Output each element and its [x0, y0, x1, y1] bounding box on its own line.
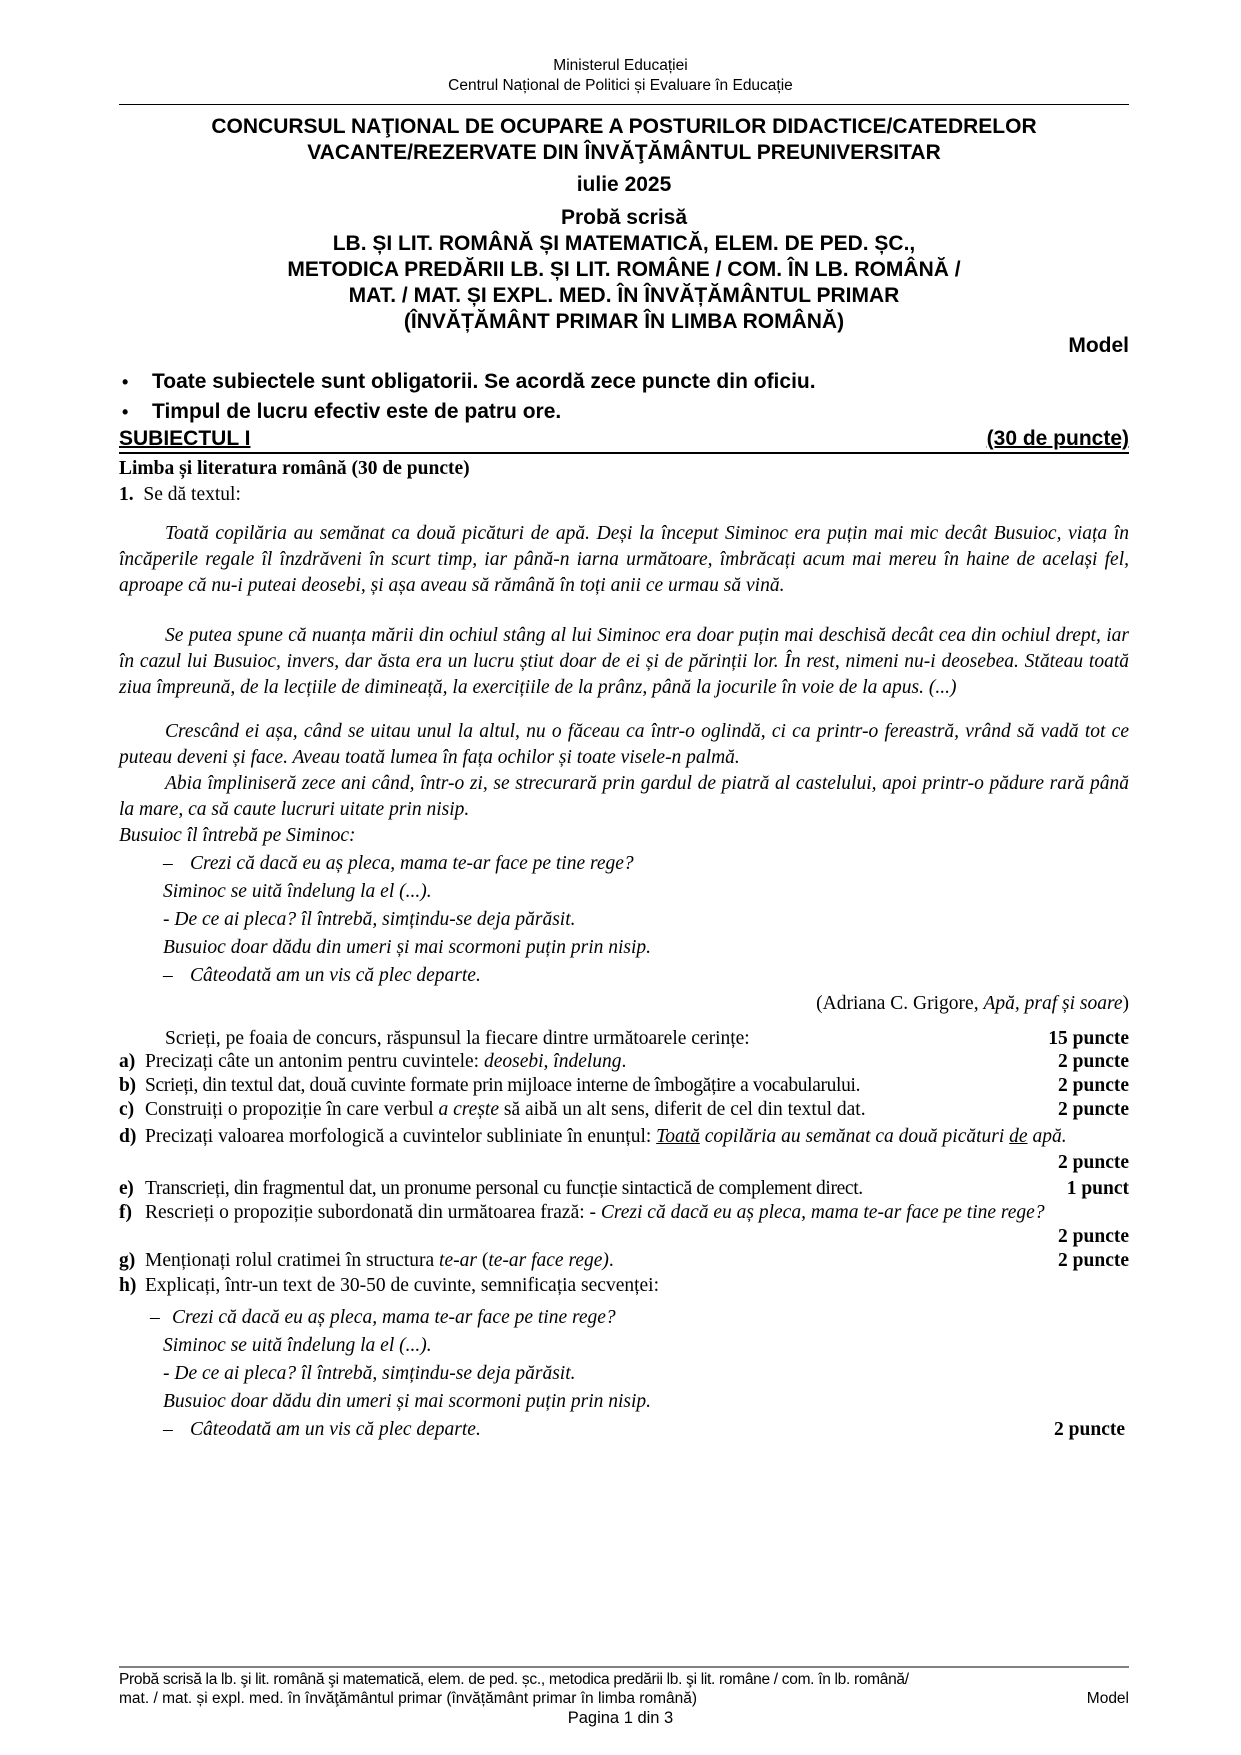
points: 2 puncte	[1058, 1073, 1129, 1099]
center-name: Centrul Național de Politici și Evaluare…	[0, 76, 1241, 96]
quote-line: –Câteodată am un vis că plec departe.	[163, 1417, 1123, 1443]
exam-date: iulie 2025	[119, 172, 1129, 198]
passage-paragraph: Toată copilăria au semănat ca două picăt…	[119, 521, 1129, 599]
points: 2 puncte	[1054, 1417, 1125, 1443]
passage-paragraph: Crescând ei așa, când se uitau unul la a…	[119, 719, 1129, 771]
instruction-item: Timpul de lucru efectiv este de patru or…	[119, 397, 1129, 427]
task-a: a)Precizați câte un antonim pentru cuvin…	[119, 1049, 1129, 1075]
dialogue-line: –Crezi că dacă eu aș pleca, mama te-ar f…	[163, 851, 1123, 877]
passage-paragraph: Abia împliniseră zece ani când, într-o z…	[119, 771, 1129, 823]
section-subheading: Limba și literatura română (30 de puncte…	[119, 456, 1129, 482]
points: 1 punct	[1067, 1176, 1129, 1202]
header-divider	[119, 104, 1129, 105]
item-intro-text: Se dă textul:	[143, 484, 240, 505]
points: 2 puncte	[1058, 1150, 1129, 1176]
underlined-word: de	[1009, 1126, 1027, 1147]
ministry-name: Ministerul Educației	[0, 56, 1241, 76]
page-number: Pagina 1 din 3	[0, 1709, 1241, 1728]
dialogue-line: - De ce ai pleca? îl întrebă, simțindu-s…	[163, 907, 1123, 933]
task-h: h)Explicați, într-un text de 30-50 de cu…	[119, 1273, 1129, 1299]
passage-source: (Adriana C. Grigore, Apă, praf și soare)	[816, 991, 1129, 1017]
points: 2 puncte	[1058, 1224, 1129, 1250]
exam-type: Probă scrisă	[119, 205, 1129, 231]
exam-subject-line3: MAT. / MAT. ȘI EXPL. MED. ÎN ÎNVĂȚĂMÂNTU…	[119, 283, 1129, 309]
passage-paragraph: Se putea spune că nuanța mării din ochiu…	[119, 623, 1129, 701]
exam-title-line2: VACANTE/REZERVATE DIN ÎNVĂŢĂMÂNTUL PREUN…	[119, 140, 1129, 166]
task-f: f)Rescrieți o propoziție subordonată din…	[119, 1200, 1129, 1226]
instructions-list: Toate subiectele sunt obligatorii. Se ac…	[119, 367, 1129, 427]
instruction-item: Toate subiectele sunt obligatorii. Se ac…	[119, 367, 1129, 397]
section-points: (30 de puncte)	[987, 426, 1129, 452]
task-d: d)Precizați valoarea morfologică a cuvin…	[119, 1124, 1129, 1150]
points: 2 puncte	[1058, 1097, 1129, 1123]
exam-subject-line4: (ÎNVĂȚĂMÂNT PRIMAR ÎN LIMBA ROMÂNĂ)	[119, 309, 1129, 335]
footer-line2: mat. / mat. și expl. med. în învăţământu…	[119, 1689, 1129, 1708]
section-name: SUBIECTUL I	[119, 426, 250, 452]
footer-divider	[119, 1666, 1129, 1668]
item-intro: 1. Se dă textul:	[119, 482, 1129, 508]
dialogue-line: Busuioc doar dădu din umeri și mai scorm…	[163, 935, 1123, 961]
footer-variant: Model	[1087, 1689, 1129, 1708]
section-heading: SUBIECTUL I (30 de puncte)	[119, 426, 1129, 454]
task-e: e)Transcrieți, din fragmentul dat, un pr…	[119, 1176, 1129, 1202]
dialogue-line: Siminoc se uită îndelung la el (...).	[163, 879, 1123, 905]
task-g: g)Menționați rolul cratimei în structura…	[119, 1248, 1129, 1274]
points: 2 puncte	[1058, 1248, 1129, 1274]
exam-title-line1: CONCURSUL NAŢIONAL DE OCUPARE A POSTURIL…	[119, 114, 1129, 140]
dialogue-intro: Busuioc îl întrebă pe Siminoc:	[119, 823, 1129, 849]
exam-subject-line2: METODICA PREDĂRII LB. ȘI LIT. ROMÂNE / C…	[119, 257, 1129, 283]
variant-label: Model	[1068, 334, 1129, 358]
task-c: c)Construiți o propoziție în care verbul…	[119, 1097, 1129, 1123]
exam-subject-line1: LB. ȘI LIT. ROMÂNĂ ȘI MATEMATICĂ, ELEM. …	[119, 231, 1129, 257]
quote-line: –Crezi că dacă eu aș pleca, mama te-ar f…	[150, 1305, 1110, 1331]
dialogue-line: –Câteodată am un vis că plec departe.	[163, 963, 1123, 989]
quote-line: Siminoc se uită îndelung la el (...).	[163, 1333, 1123, 1359]
quote-line: Busuioc doar dădu din umeri și mai scorm…	[163, 1389, 1123, 1415]
task-b: b)Scrieți, din textul dat, două cuvinte …	[119, 1073, 1129, 1099]
item-number: 1.	[119, 484, 134, 505]
quote-line: - De ce ai pleca? îl întrebă, simțindu-s…	[163, 1361, 1123, 1387]
points: 2 puncte	[1058, 1049, 1129, 1075]
footer-line1: Probă scrisă la lb. şi lit. română şi ma…	[119, 1670, 1129, 1689]
underlined-word: Toată	[656, 1126, 700, 1147]
